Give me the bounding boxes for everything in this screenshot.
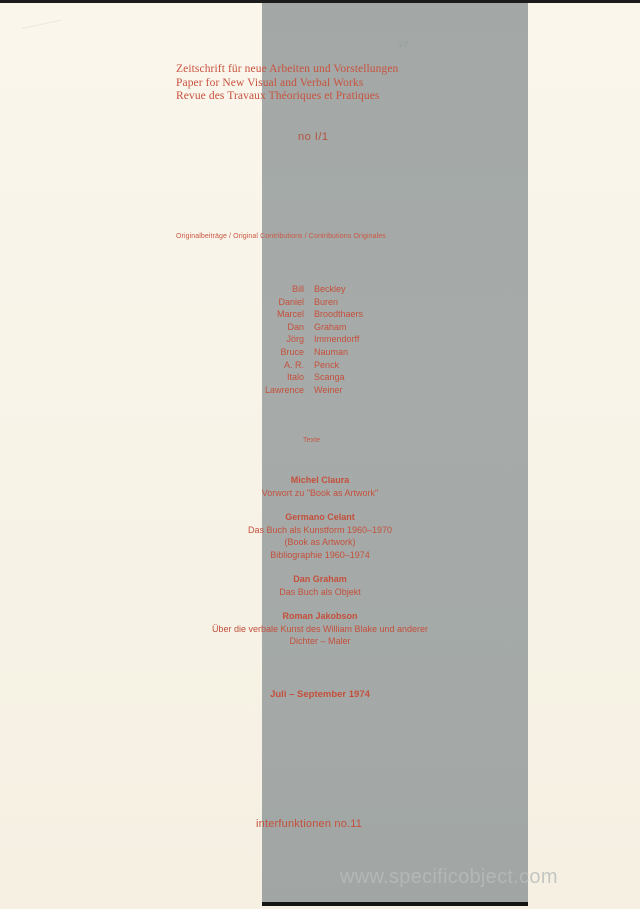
text-author: Dan Graham [160, 573, 480, 586]
texts-heading: Texte [303, 437, 320, 444]
contributor-last-name: Broodthaers [314, 308, 363, 321]
contributor-first-name: Bruce [240, 346, 314, 359]
magazine-title: interfunktionen no.11 [256, 818, 362, 830]
issue-number: no I/1 [298, 131, 329, 143]
text-entry: Dan GrahamDas Buch als Objekt [160, 573, 480, 598]
contributor-first-name: A. R. [240, 359, 314, 372]
contributor-last-name: Weiner [314, 384, 342, 397]
text-entry: Germano CelantDas Buch als Kunstform 196… [160, 511, 480, 561]
text-title-line: Bibliographie 1960–1974 [160, 549, 480, 562]
contributor-row: DanGraham [240, 321, 363, 334]
subtitle-line-english: Paper for New Visual and Verbal Works [176, 77, 496, 91]
contributor-last-name: Graham [314, 321, 347, 334]
contributor-row: LawrenceWeiner [240, 384, 363, 397]
watermark: www.specificobject.com [340, 866, 558, 889]
contributor-last-name: Immendorff [314, 333, 359, 346]
contributor-row: ItaloScanga [240, 371, 363, 384]
text-author: Michel Claura [160, 474, 480, 487]
texts-list: Michel ClauraVorwort zu "Book as Artwork… [160, 474, 480, 660]
contributor-first-name: Italo [240, 371, 314, 384]
contributor-row: A. R.Penck [240, 359, 363, 372]
subtitle-block: Zeitschrift für neue Arbeiten und Vorste… [176, 63, 496, 104]
paper-crease [19, 6, 61, 29]
contributor-first-name: Marcel [240, 308, 314, 321]
contributors-list: BillBeckleyDanielBurenMarcelBroodthaersD… [240, 283, 363, 396]
contributor-last-name: Scanga [314, 371, 345, 384]
text-title-line: Das Buch als Kunstform 1960–1970 [160, 524, 480, 537]
contributor-row: DanielBuren [240, 296, 363, 309]
contributor-last-name: Penck [314, 359, 339, 372]
contributor-first-name: Dan [240, 321, 314, 334]
contributions-heading: Originalbeiträge / Original Contribution… [176, 233, 386, 240]
contributor-last-name: Beckley [314, 283, 346, 296]
contributor-row: JörgImmendorff [240, 333, 363, 346]
text-title-line: Vorwort zu "Book as Artwork" [160, 487, 480, 500]
magazine-cover: VI Zeitschrift für neue Arbeiten und Vor… [0, 0, 640, 909]
text-author: Germano Celant [160, 511, 480, 524]
pencil-mark: VI [398, 40, 407, 51]
contributor-row: BruceNauman [240, 346, 363, 359]
text-title-line: Dichter – Maler [160, 635, 480, 648]
contributor-row: BillBeckley [240, 283, 363, 296]
subtitle-line-french: Revue des Travaux Théoriques et Pratique… [176, 90, 496, 104]
text-title-line: Über die verbale Kunst des William Blake… [160, 623, 480, 636]
contributor-first-name: Lawrence [240, 384, 314, 397]
contributor-first-name: Bill [240, 283, 314, 296]
text-entry: Roman JakobsonÜber die verbale Kunst des… [160, 610, 480, 648]
text-entry: Michel ClauraVorwort zu "Book as Artwork… [160, 474, 480, 499]
text-title-line: (Book as Artwork) [160, 536, 480, 549]
text-title-line: Das Buch als Objekt [160, 586, 480, 599]
issue-date: Juli – September 1974 [0, 689, 640, 700]
text-author: Roman Jakobson [160, 610, 480, 623]
contributor-first-name: Daniel [240, 296, 314, 309]
contributor-last-name: Nauman [314, 346, 348, 359]
contributor-last-name: Buren [314, 296, 338, 309]
subtitle-line-german: Zeitschrift für neue Arbeiten und Vorste… [176, 63, 496, 77]
contributor-first-name: Jörg [240, 333, 314, 346]
contributor-row: MarcelBroodthaers [240, 308, 363, 321]
